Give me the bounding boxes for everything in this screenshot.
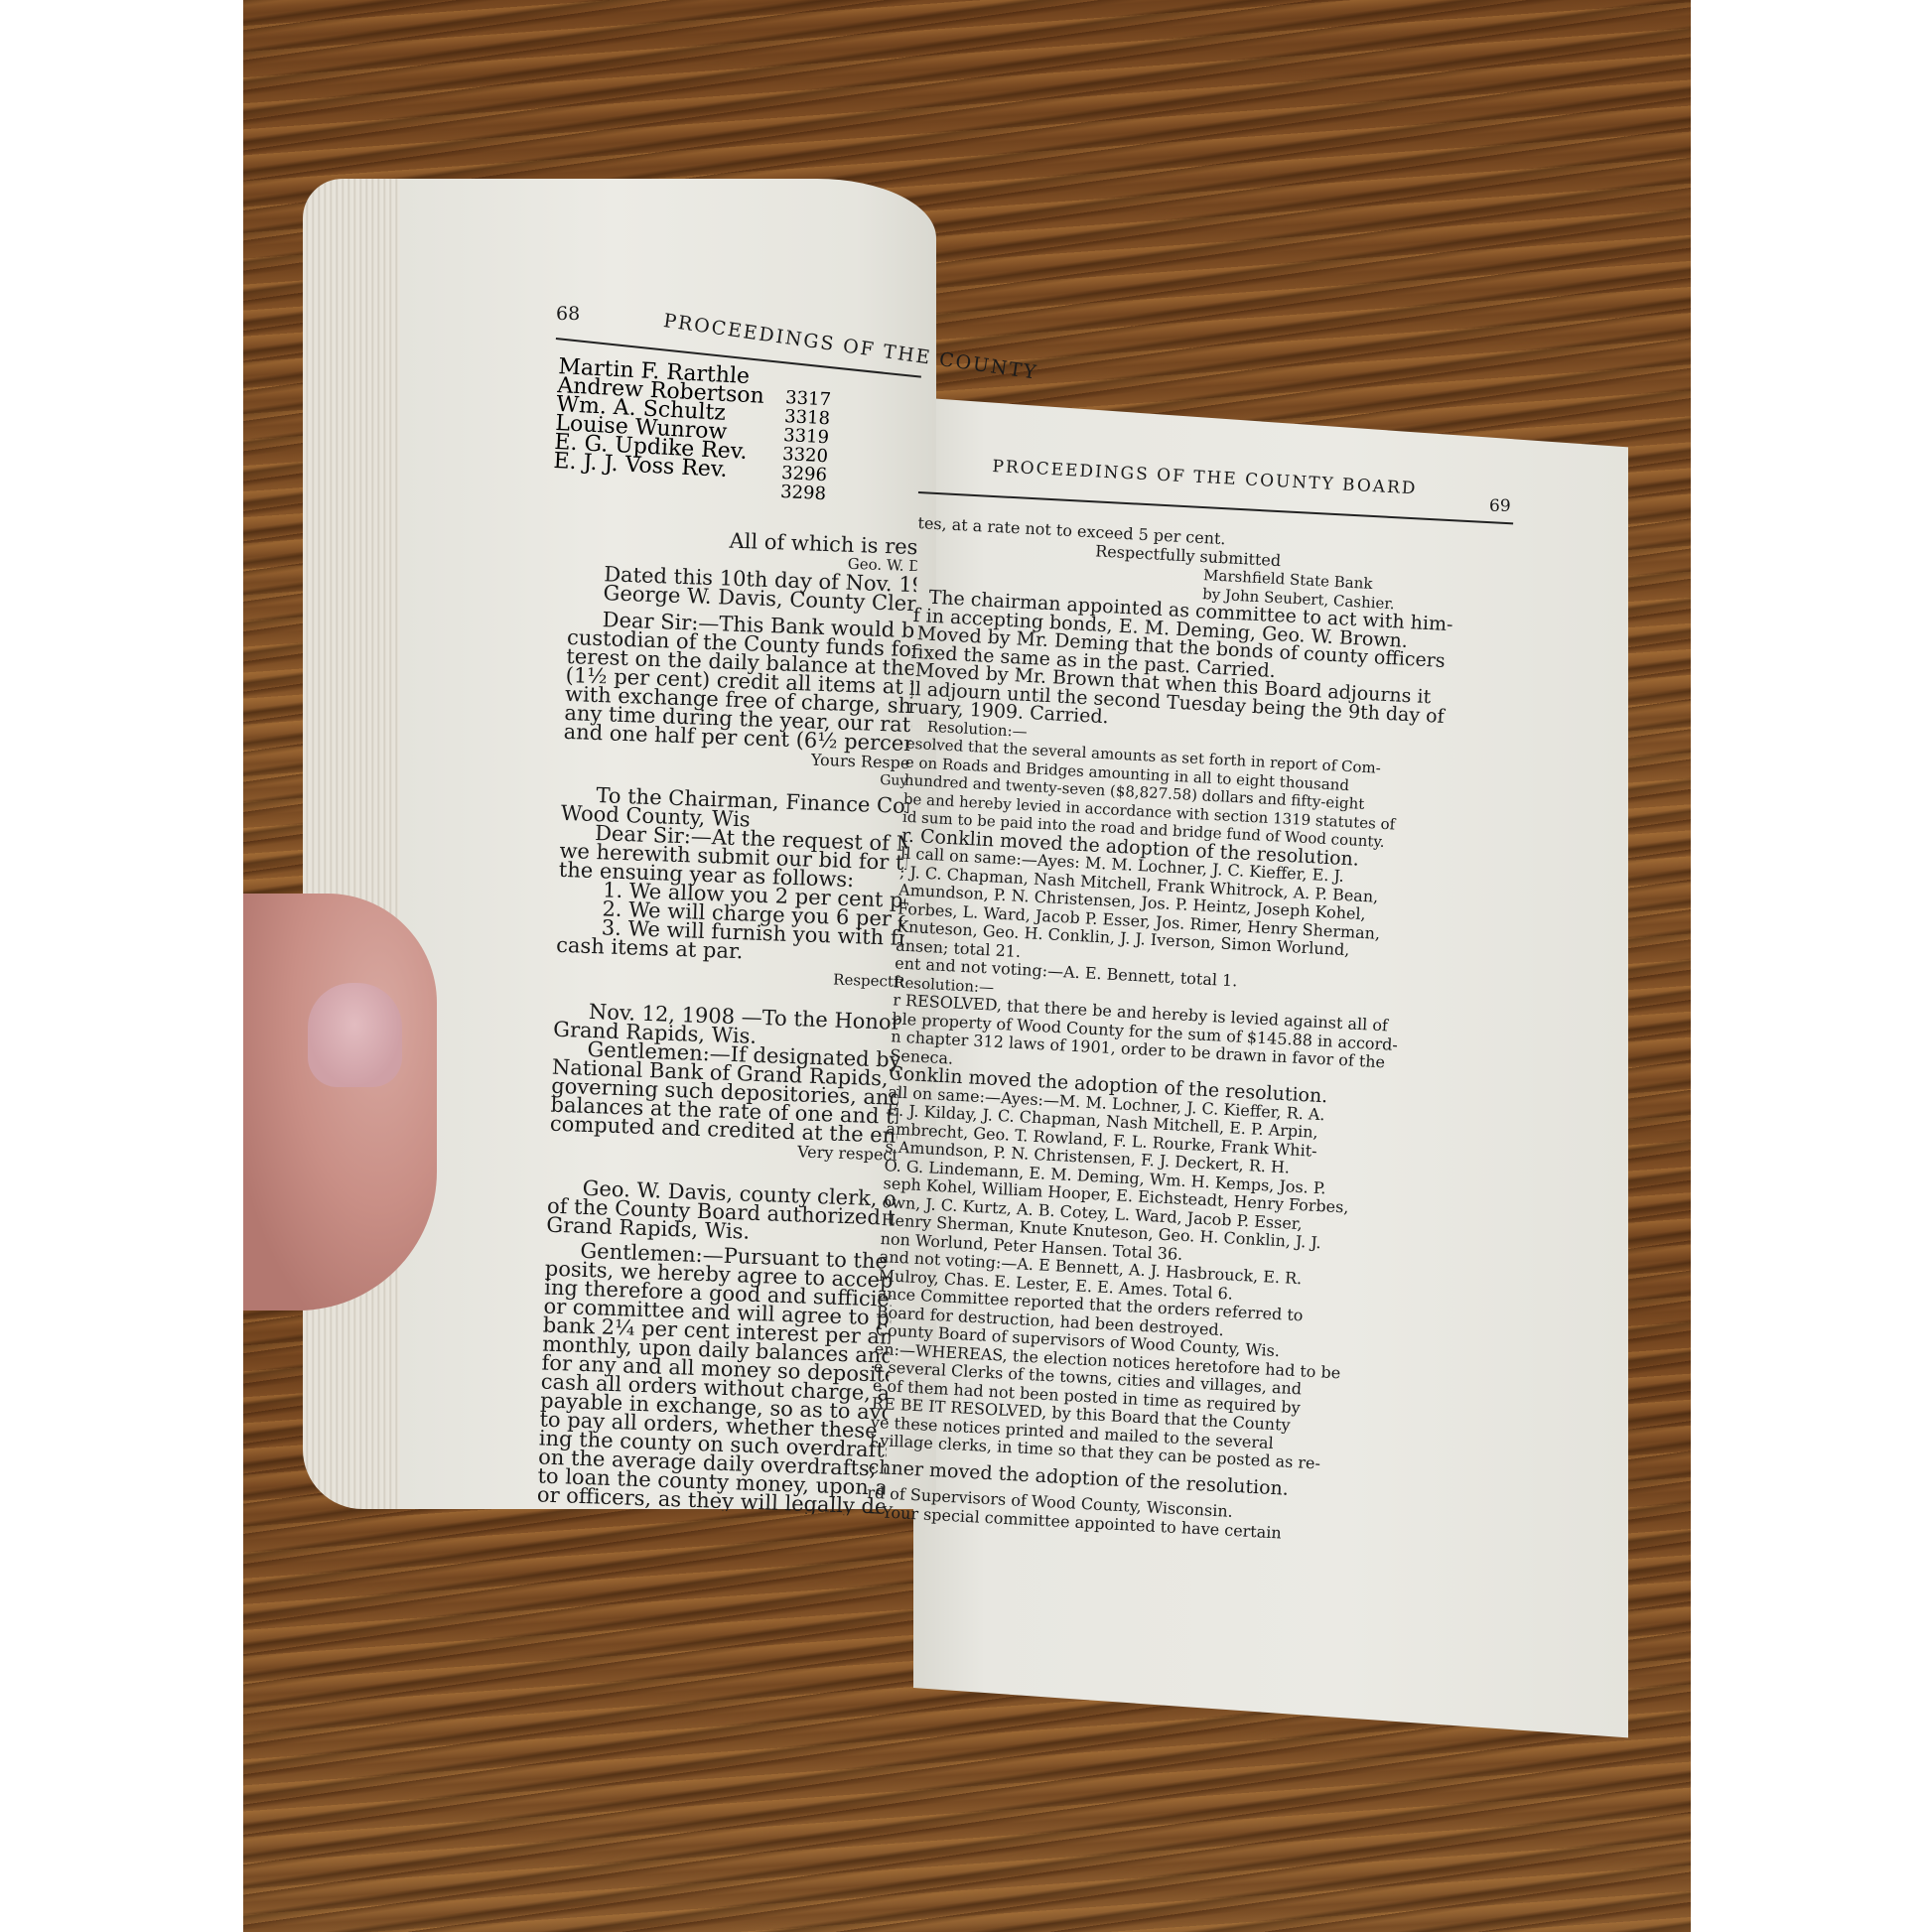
right-page-number: 69	[1489, 496, 1511, 516]
text-line: Respectfully	[555, 961, 902, 992]
page-edges	[303, 179, 402, 1509]
left-page-number: 68	[556, 303, 580, 325]
thumbnail	[308, 983, 402, 1087]
roster-list: Martin F. Rarthle Andrew Robertson3317 W…	[552, 357, 847, 504]
left-page-body: All of which is respectfully Geo. W. Dav…	[537, 526, 918, 1517]
right-page-body: tes, at a rate not to exceed 5 per cent.…	[866, 514, 1513, 1552]
hand-holding-book	[243, 894, 437, 1311]
roster-number: 3298	[780, 483, 841, 504]
